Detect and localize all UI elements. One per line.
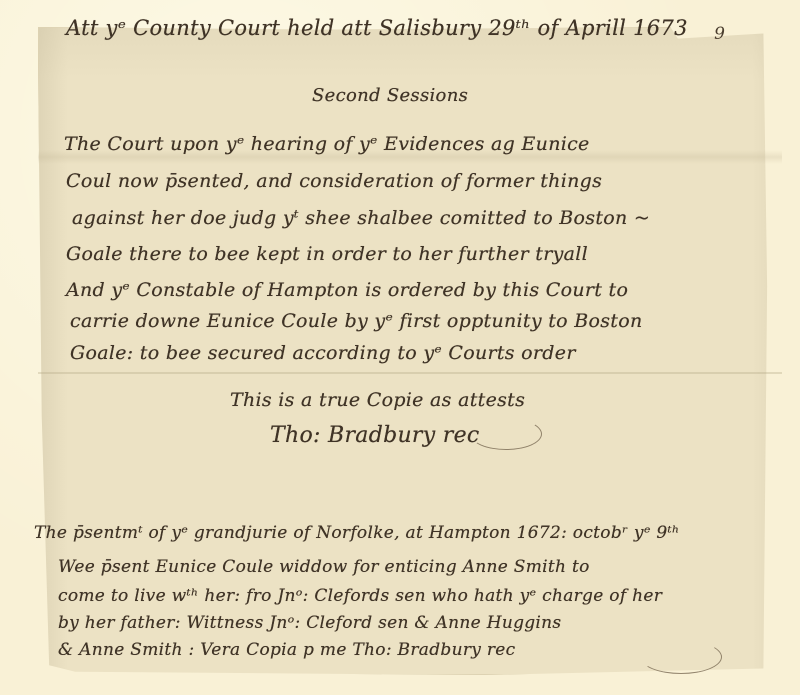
order-line-1: The Court upon yᵉ hearing of yᵉ Evidence… <box>64 133 590 155</box>
presentment-line-2: Wee p̄sent Eunice Coule widdow for entic… <box>58 557 590 577</box>
signature-flourish <box>470 418 542 450</box>
order-line-2: Coul now p̄sented, and consideration of … <box>66 170 602 192</box>
attestation-line: This is a true Copie as attests <box>230 389 525 411</box>
court-header-line-2: Second Sessions <box>312 85 468 106</box>
court-header-line-1: Att yᵉ County Court held att Salisbury 2… <box>66 16 688 40</box>
order-line-4: Goale there to bee kept in order to her … <box>66 243 588 265</box>
presentment-line-4: by her father: Wittness Jnᵒ: Cleford sen… <box>58 613 561 633</box>
order-line-3: against her doe judg yᵗ shee shalbee com… <box>72 207 650 229</box>
order-line-7: Goale: to bee secured according to yᵉ Co… <box>70 342 576 364</box>
paper-fold <box>38 372 782 374</box>
presentment-line-3: come to live wᵗʰ her: fro Jnᵒ: Clefords … <box>58 586 662 606</box>
presentment-line-5: & Anne Smith : Vera Copia p me Tho: Brad… <box>58 640 515 660</box>
attestation-signature: Tho: Bradbury rec <box>270 423 480 448</box>
signature-flourish-lower <box>640 640 722 674</box>
order-line-6: carrie downe Eunice Coule by yᵉ first op… <box>70 310 643 332</box>
presentment-line-1: The p̄sentmᵗ of yᵉ grandjurie of Norfolk… <box>34 523 680 543</box>
order-line-5: And yᵉ Constable of Hampton is ordered b… <box>66 279 628 301</box>
page-number: 9 <box>714 24 725 44</box>
